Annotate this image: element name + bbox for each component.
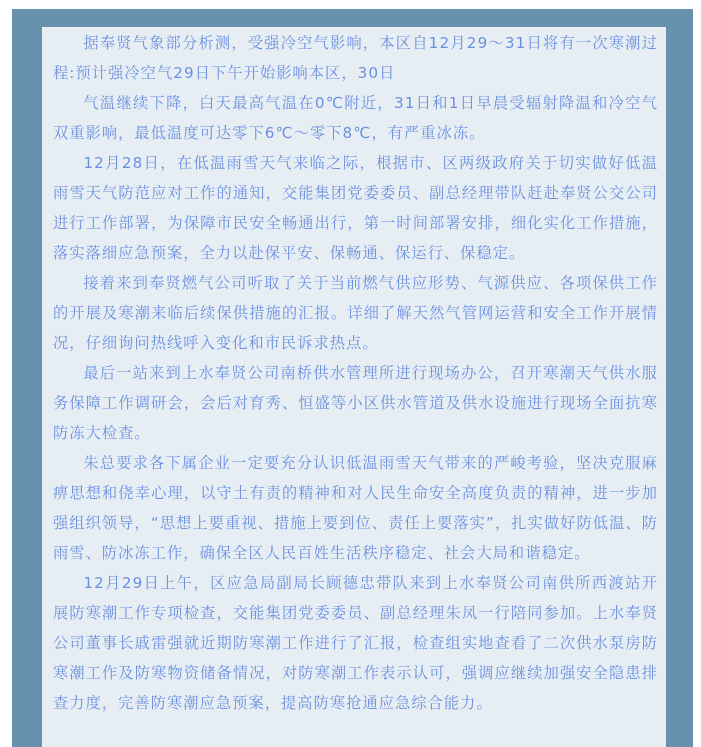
paragraph-leadership-requirements: 朱总要求各下属企业一定要充分认识低温雨雪天气带来的严峻考验，坚决克服麻痹思想和侥… (53, 448, 658, 568)
paragraph-emergency-bureau-inspection: 12月29日上午，区应急局副局长顾德忠带队来到上水奉贤公司南供所西渡站开展防寒潮… (53, 568, 658, 718)
paragraph-temperature-outlook: 气温继续下降，白天最高气温在0℃附近，31日和1日早晨受辐射降温和冷空气双重影响… (53, 88, 658, 148)
paragraph-gas-company-report: 接着来到奉贤燃气公司听取了关于当前燃气供应形势、气源供应、各项保供工作的开展及寒… (53, 268, 658, 358)
paragraph-cold-wave-forecast: 据奉贤气象部分析测，受强冷空气影响，本区自12月29～31日将有一次寒潮过程:预… (53, 28, 658, 88)
article-body: 据奉贤气象部分析测，受强冷空气影响，本区自12月29～31日将有一次寒潮过程:预… (53, 28, 658, 718)
paragraph-bus-company-deployment: 12月28日，在低温雨雪天气来临之际，根据市、区两级政府关于切实做好低温雨雪天气… (53, 148, 658, 268)
paragraph-water-supply-inspection: 最后一站来到上水奉贤公司南桥供水管理所进行现场办公，召开寒潮天气供水服务保障工作… (53, 358, 658, 448)
